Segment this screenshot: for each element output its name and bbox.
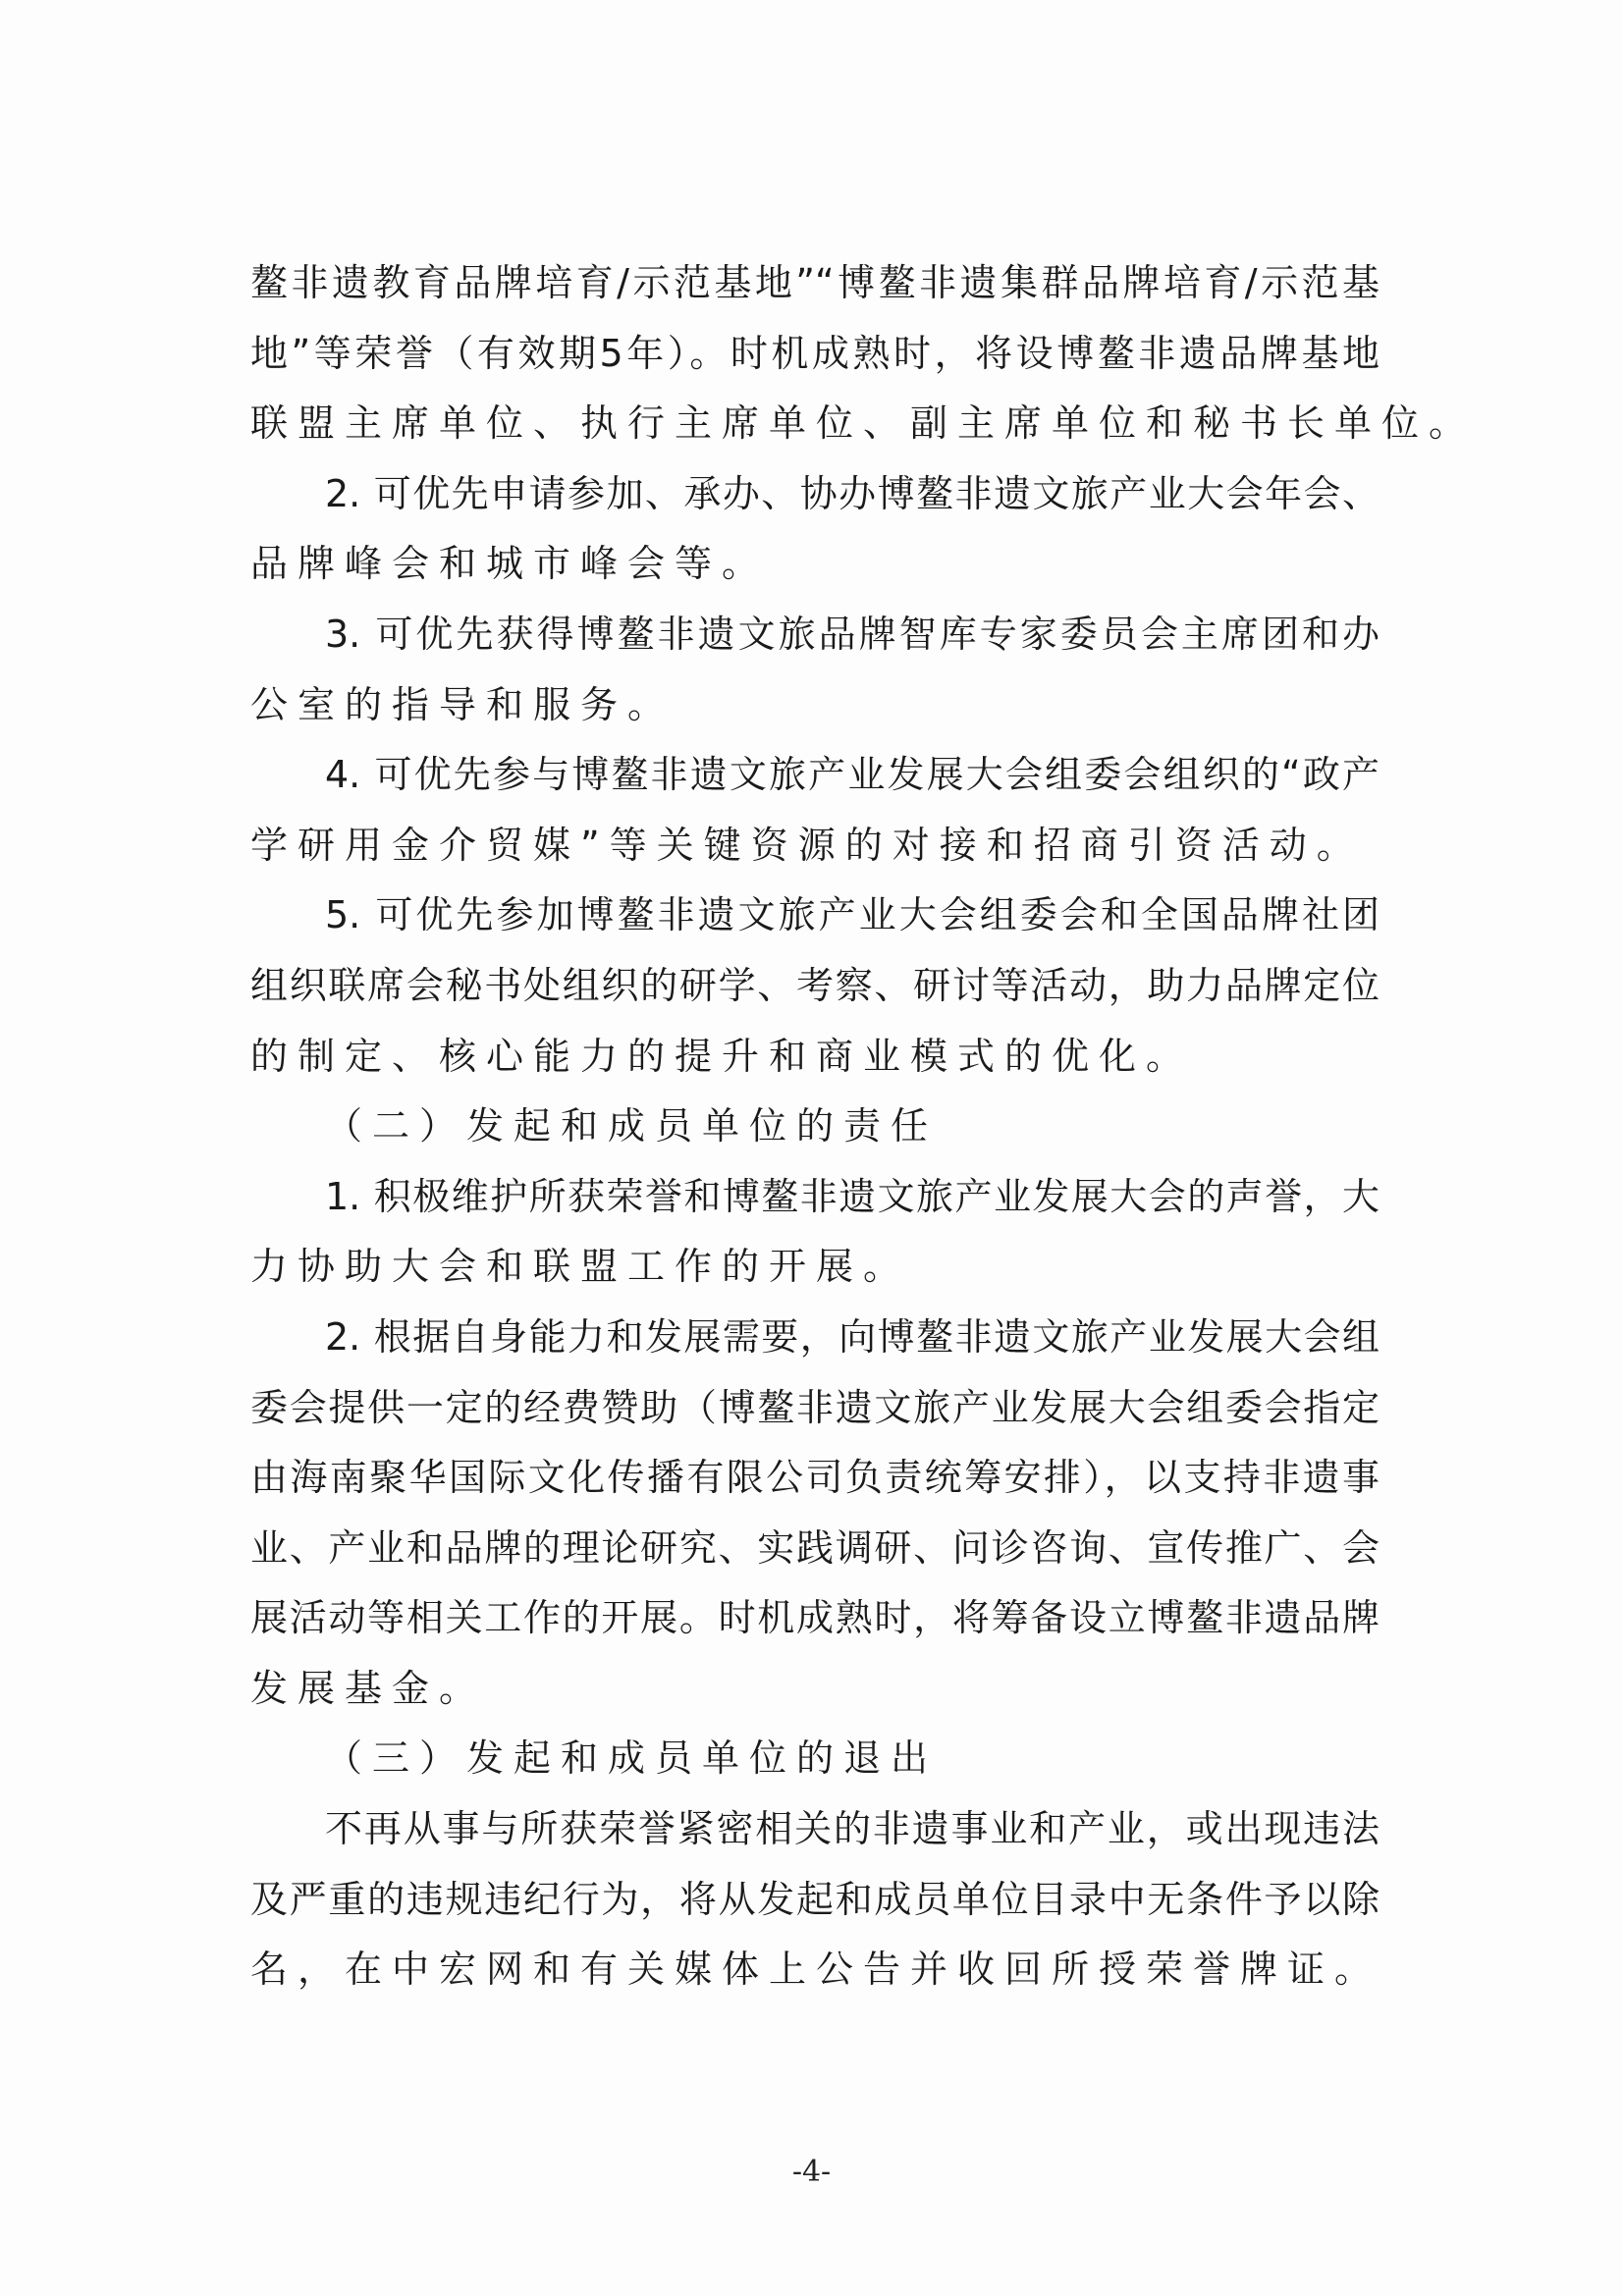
text-line: 展活动等相关工作的开展。时机成熟时，将筹备设立博鳌非遗品牌 xyxy=(250,1588,1380,1659)
text-line: 地”等荣誉（有效期5年）。时机成熟时，将设博鳌非遗品牌基地 xyxy=(250,324,1380,395)
text-line: 由海南聚华国际文化传播有限公司负责统筹安排），以支持非遗事 xyxy=(250,1448,1380,1519)
list-item-3-line: 3. 可优先获得博鳌非遗文旅品牌智库专家委员会主席团和办 xyxy=(250,605,1380,675)
text-line: 名，在中宏网和有关媒体上公告并收回所授荣誉牌证。 xyxy=(250,1940,1380,2010)
list-item-4-line: 4. 可优先参与博鳌非遗文旅产业发展大会组委会组织的“政产 xyxy=(250,745,1380,816)
text-line: 组织联席会秘书处组织的研学、考察、研讨等活动，助力品牌定位 xyxy=(250,956,1380,1027)
paragraph-line: 不再从事与所获荣誉紧密相关的非遗事业和产业，或出现违法 xyxy=(250,1799,1380,1870)
text-line: 公室的指导和服务。 xyxy=(250,675,1380,746)
document-page: 鳌非遗教育品牌培育/示范基地”“博鳌非遗集群品牌培育/示范基 地”等荣誉（有效期… xyxy=(0,0,1623,2296)
text-line: 力协助大会和联盟工作的开展。 xyxy=(250,1237,1380,1308)
section-heading-responsibilities: （二）发起和成员单位的责任 xyxy=(250,1096,1380,1167)
text-line: 及严重的违规违纪行为，将从发起和成员单位目录中无条件予以除 xyxy=(250,1870,1380,1941)
list-item-1-line: 1. 积极维护所获荣誉和博鳌非遗文旅产业发展大会的声誉，大 xyxy=(250,1167,1380,1238)
text-line: 的制定、核心能力的提升和商业模式的优化。 xyxy=(250,1027,1380,1097)
text-line: 学研用金介贸媒”等关键资源的对接和招商引资活动。 xyxy=(250,816,1380,886)
text-line: 鳌非遗教育品牌培育/示范基地”“博鳌非遗集群品牌培育/示范基 xyxy=(250,253,1380,324)
list-item-2-line: 2. 可优先申请参加、承办、协办博鳌非遗文旅产业大会年会、 xyxy=(250,464,1380,535)
text-line: 发展基金。 xyxy=(250,1659,1380,1730)
list-item-5-line: 5. 可优先参加博鳌非遗文旅产业大会组委会和全国品牌社团 xyxy=(250,885,1380,956)
text-line: 联盟主席单位、执行主席单位、副主席单位和秘书长单位。 xyxy=(250,394,1380,464)
text-line: 委会提供一定的经费赞助（博鳌非遗文旅产业发展大会组委会指定 xyxy=(250,1378,1380,1449)
section-heading-withdrawal: （三）发起和成员单位的退出 xyxy=(250,1729,1380,1799)
text-line: 品牌峰会和城市峰会等。 xyxy=(250,534,1380,605)
page-number: -4- xyxy=(0,2155,1623,2189)
list-item-2-line: 2. 根据自身能力和发展需要，向博鳌非遗文旅产业发展大会组 xyxy=(250,1308,1380,1378)
text-line: 业、产业和品牌的理论研究、实践调研、问诊咨询、宣传推广、会 xyxy=(250,1519,1380,1589)
document-body: 鳌非遗教育品牌培育/示范基地”“博鳌非遗集群品牌培育/示范基 地”等荣誉（有效期… xyxy=(250,253,1380,2010)
